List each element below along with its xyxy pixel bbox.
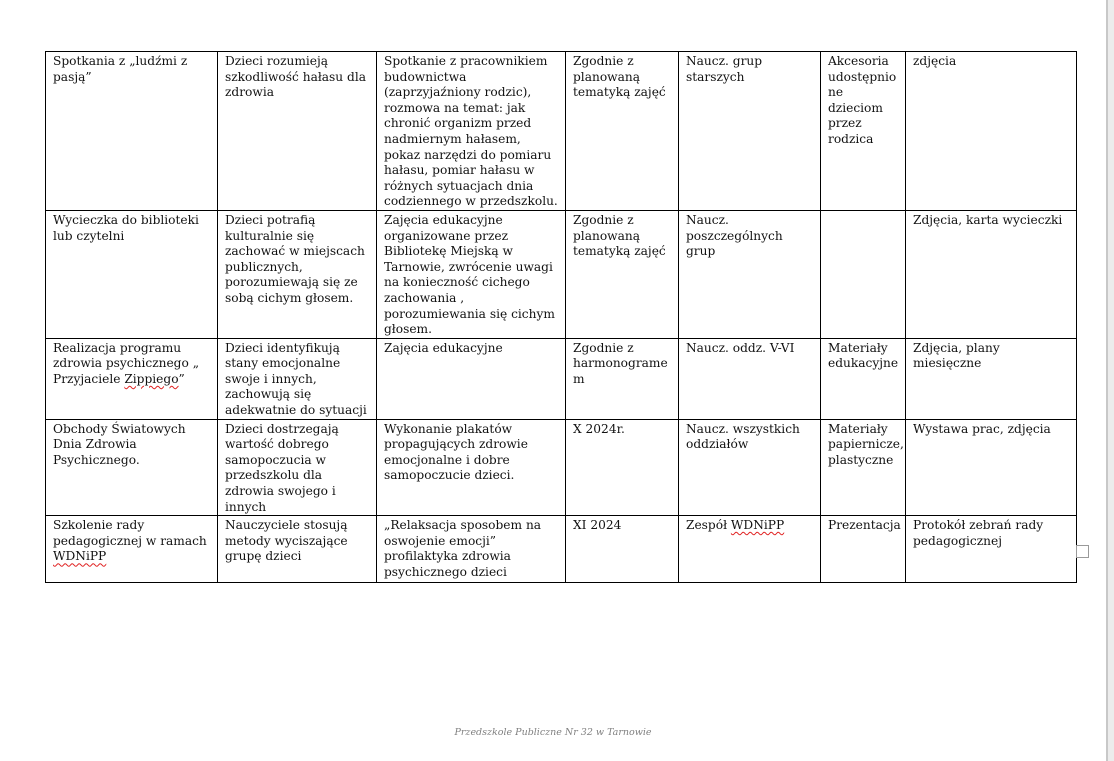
table-row: Wycieczka do biblioteki lub czytelni Dzi… (46, 210, 1077, 338)
cell-resources[interactable]: Materiały edukacyjne (821, 338, 906, 419)
cell-evidence[interactable]: Wystawa prac, zdjęcia (906, 419, 1077, 516)
spelling-error-underline: WDNiPP (731, 518, 784, 532)
cell-resources[interactable]: Materiały papiernicze, plastyczne (821, 419, 906, 516)
cell-evidence[interactable]: zdjęcia (906, 52, 1077, 211)
table-row: Spotkania z „ludźmi z pasją” Dzieci rozu… (46, 52, 1077, 211)
cell-activity[interactable]: Obchody Światowych Dnia Zdrowia Psychicz… (46, 419, 218, 516)
cell-goal[interactable]: Dzieci dostrzegają wartość dobrego samop… (218, 419, 377, 516)
table-row: Obchody Światowych Dnia Zdrowia Psychicz… (46, 419, 1077, 516)
page-footer: Przedszkole Publiczne Nr 32 w Tarnowie (0, 727, 1106, 738)
cell-date[interactable]: Zgodnie z planowaną tematyką zajęć (566, 210, 679, 338)
table-row: Realizacja programu zdrowia psychicznego… (46, 338, 1077, 419)
cell-description[interactable]: „Relaksacja sposobem na oswojenie emocji… (377, 516, 566, 583)
cell-responsible[interactable]: Zespół WDNiPP (679, 516, 821, 583)
cell-responsible[interactable]: Naucz. oddz. V-VI (679, 338, 821, 419)
cell-responsible[interactable]: Naucz. wszystkich oddziałów (679, 419, 821, 516)
cell-activity[interactable]: Realizacja programu zdrowia psychicznego… (46, 338, 218, 419)
cell-goal[interactable]: Dzieci identyfikują stany emocjonalne sw… (218, 338, 377, 419)
table-end-marker-icon (1076, 545, 1089, 558)
cell-date[interactable]: X 2024r. (566, 419, 679, 516)
document-page: Spotkania z „ludźmi z pasją” Dzieci rozu… (0, 0, 1106, 761)
cell-activity[interactable]: Wycieczka do biblioteki lub czytelni (46, 210, 218, 338)
cell-resources[interactable]: Akcesoria udostępnio ne dzieciom przez r… (821, 52, 906, 211)
cell-evidence[interactable]: Zdjęcia, plany miesięczne (906, 338, 1077, 419)
cell-activity[interactable]: Szkolenie rady pedagogicznej w ramach WD… (46, 516, 218, 583)
cell-resources[interactable]: Prezentacja (821, 516, 906, 583)
cell-date[interactable]: Zgodnie z planowaną tematyką zajęć (566, 52, 679, 211)
spelling-error-underline: WDNiPP (53, 549, 106, 563)
cell-description[interactable]: Spotkanie z pracownikiem budownictwa (za… (377, 52, 566, 211)
spelling-error-underline: Zippiego (124, 372, 178, 386)
cell-goal[interactable]: Nauczyciele stosują metody wyciszające g… (218, 516, 377, 583)
activity-plan-table: Spotkania z „ludźmi z pasją” Dzieci rozu… (45, 51, 1077, 583)
table-row: Szkolenie rady pedagogicznej w ramach WD… (46, 516, 1077, 583)
cell-date[interactable]: Zgodnie z harmonograme m (566, 338, 679, 419)
cell-goal[interactable]: Dzieci rozumieją szkodliwość hałasu dla … (218, 52, 377, 211)
cell-goal[interactable]: Dzieci potrafią kulturalnie się zachować… (218, 210, 377, 338)
cell-responsible[interactable]: Naucz. poszczególnych grup (679, 210, 821, 338)
cell-activity[interactable]: Spotkania z „ludźmi z pasją” (46, 52, 218, 211)
cell-description[interactable]: Zajęcia edukacyjne (377, 338, 566, 419)
cell-resources[interactable] (821, 210, 906, 338)
cell-date[interactable]: XI 2024 (566, 516, 679, 583)
cell-description[interactable]: Wykonanie plakatów propagujących zdrowie… (377, 419, 566, 516)
cell-responsible[interactable]: Naucz. grup starszych (679, 52, 821, 211)
cell-description[interactable]: Zajęcia edukacyjne organizowane przez Bi… (377, 210, 566, 338)
cell-evidence[interactable]: Zdjęcia, karta wycieczki (906, 210, 1077, 338)
cell-evidence[interactable]: Protokół zebrań rady pedagogicznej (906, 516, 1077, 583)
page-edge-gutter (1106, 0, 1114, 761)
